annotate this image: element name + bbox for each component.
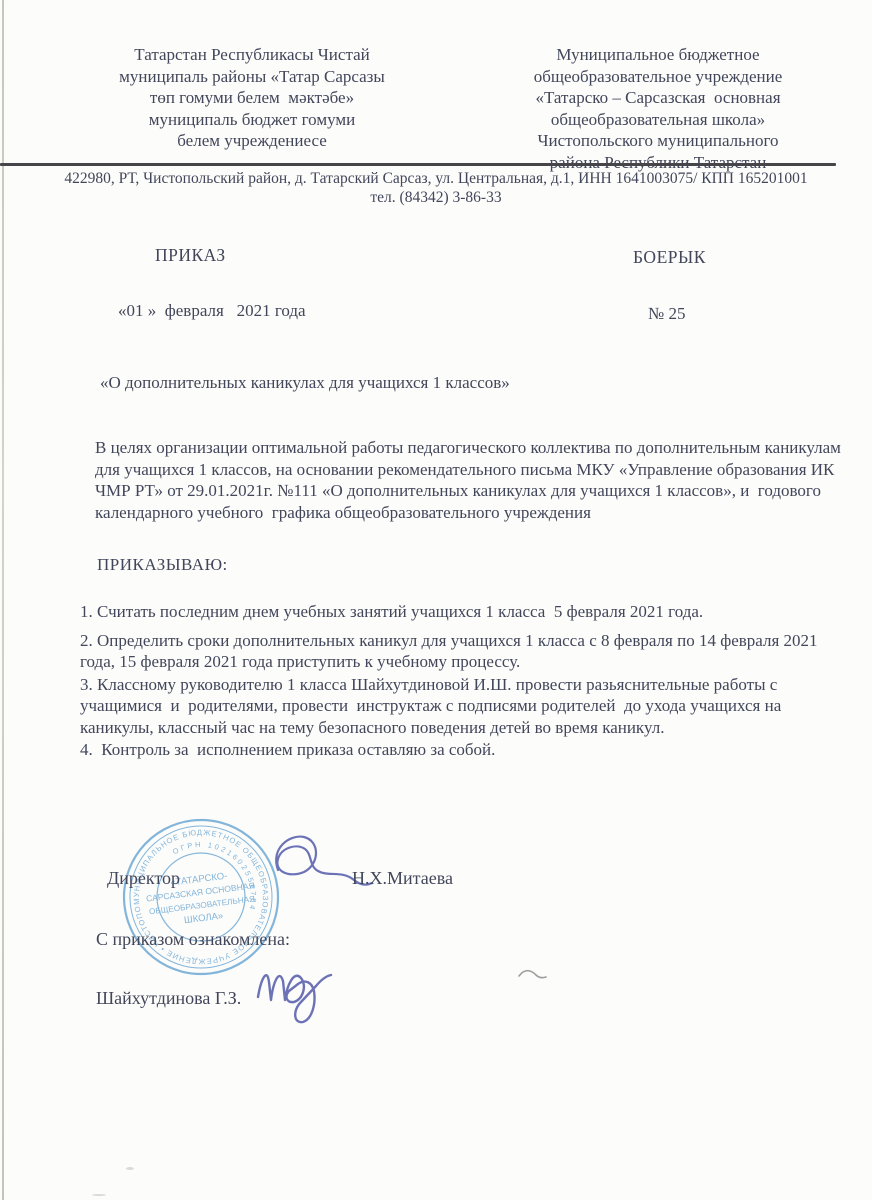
stamp-center-line: ШКОЛА» — [183, 910, 223, 926]
phone-line: тел. (84342) 3-86-33 — [36, 188, 836, 207]
teacher-signature-icon — [248, 955, 363, 1027]
letterhead-russian: Муниципальное бюджетное общеобразователь… — [452, 44, 864, 173]
letterhead-line: общеобразовательное учреждение — [452, 66, 864, 88]
letterhead-line: белем учреждениесе — [52, 130, 452, 152]
letterhead-line: Чистопольского муниципального — [452, 130, 864, 152]
acquainted-name: Шайхутдинова Г.З. — [96, 988, 241, 1009]
director-name: Н.Х.Митаева — [352, 868, 453, 889]
letterhead-line: общеобразовательная школа» — [452, 109, 864, 131]
scan-edge-artifact — [2, 0, 4, 1200]
address-block: 422980, РТ, Чистопольский район, д. Тата… — [36, 169, 836, 207]
letterhead-line: Муниципальное бюджетное — [452, 44, 864, 66]
order-item-4: 4. Контроль за исполнением приказа остав… — [80, 739, 845, 761]
letterhead-line: «Татарско – Сарсазская основная — [452, 87, 864, 109]
letterhead-line: муниципаль бюджет гомуми — [52, 109, 452, 131]
letterhead-line: төп гомуми белем мәктәбе» — [52, 87, 452, 109]
letterhead-line: муниципаль районы «Татар Сарсазы — [52, 66, 452, 88]
scanned-order-document: Татарстан Республикасы Чистай муниципаль… — [0, 0, 872, 1200]
order-title-ru: ПРИКАЗ — [155, 245, 226, 266]
order-item-1: 1. Считать последним днем учебных заняти… — [80, 601, 845, 623]
director-label: Директор — [107, 868, 180, 889]
order-preamble: В целях организации оптимальной работы п… — [95, 437, 843, 523]
order-subject: «О дополнительных каникулах для учащихся… — [100, 372, 510, 394]
order-items: 1. Считать последним днем учебных заняти… — [80, 601, 845, 762]
letterhead-line: Татарстан Республикасы Чистай — [52, 44, 452, 66]
command-word: ПРИКАЗЫВАЮ: — [97, 554, 228, 576]
acquainted-label: С приказом ознакомлена: — [96, 929, 290, 950]
order-item-3: 3. Классному руководителю 1 класса Шайху… — [80, 674, 845, 739]
order-item-2: 2. Определить сроки дополнительных каник… — [80, 630, 845, 673]
address-line: 422980, РТ, Чистопольский район, д. Тата… — [36, 169, 836, 188]
scan-speckle — [126, 1167, 134, 1170]
scan-speckle — [92, 1194, 106, 1196]
letterhead-tatar: Татарстан Республикасы Чистай муниципаль… — [52, 44, 452, 152]
pen-mark-icon — [516, 966, 550, 984]
order-date: «01 » февраля 2021 года — [118, 300, 306, 322]
order-number: № 25 — [648, 303, 685, 325]
order-title-tat: БОЕРЫК — [633, 247, 706, 268]
letterhead-divider-rule — [0, 163, 836, 166]
